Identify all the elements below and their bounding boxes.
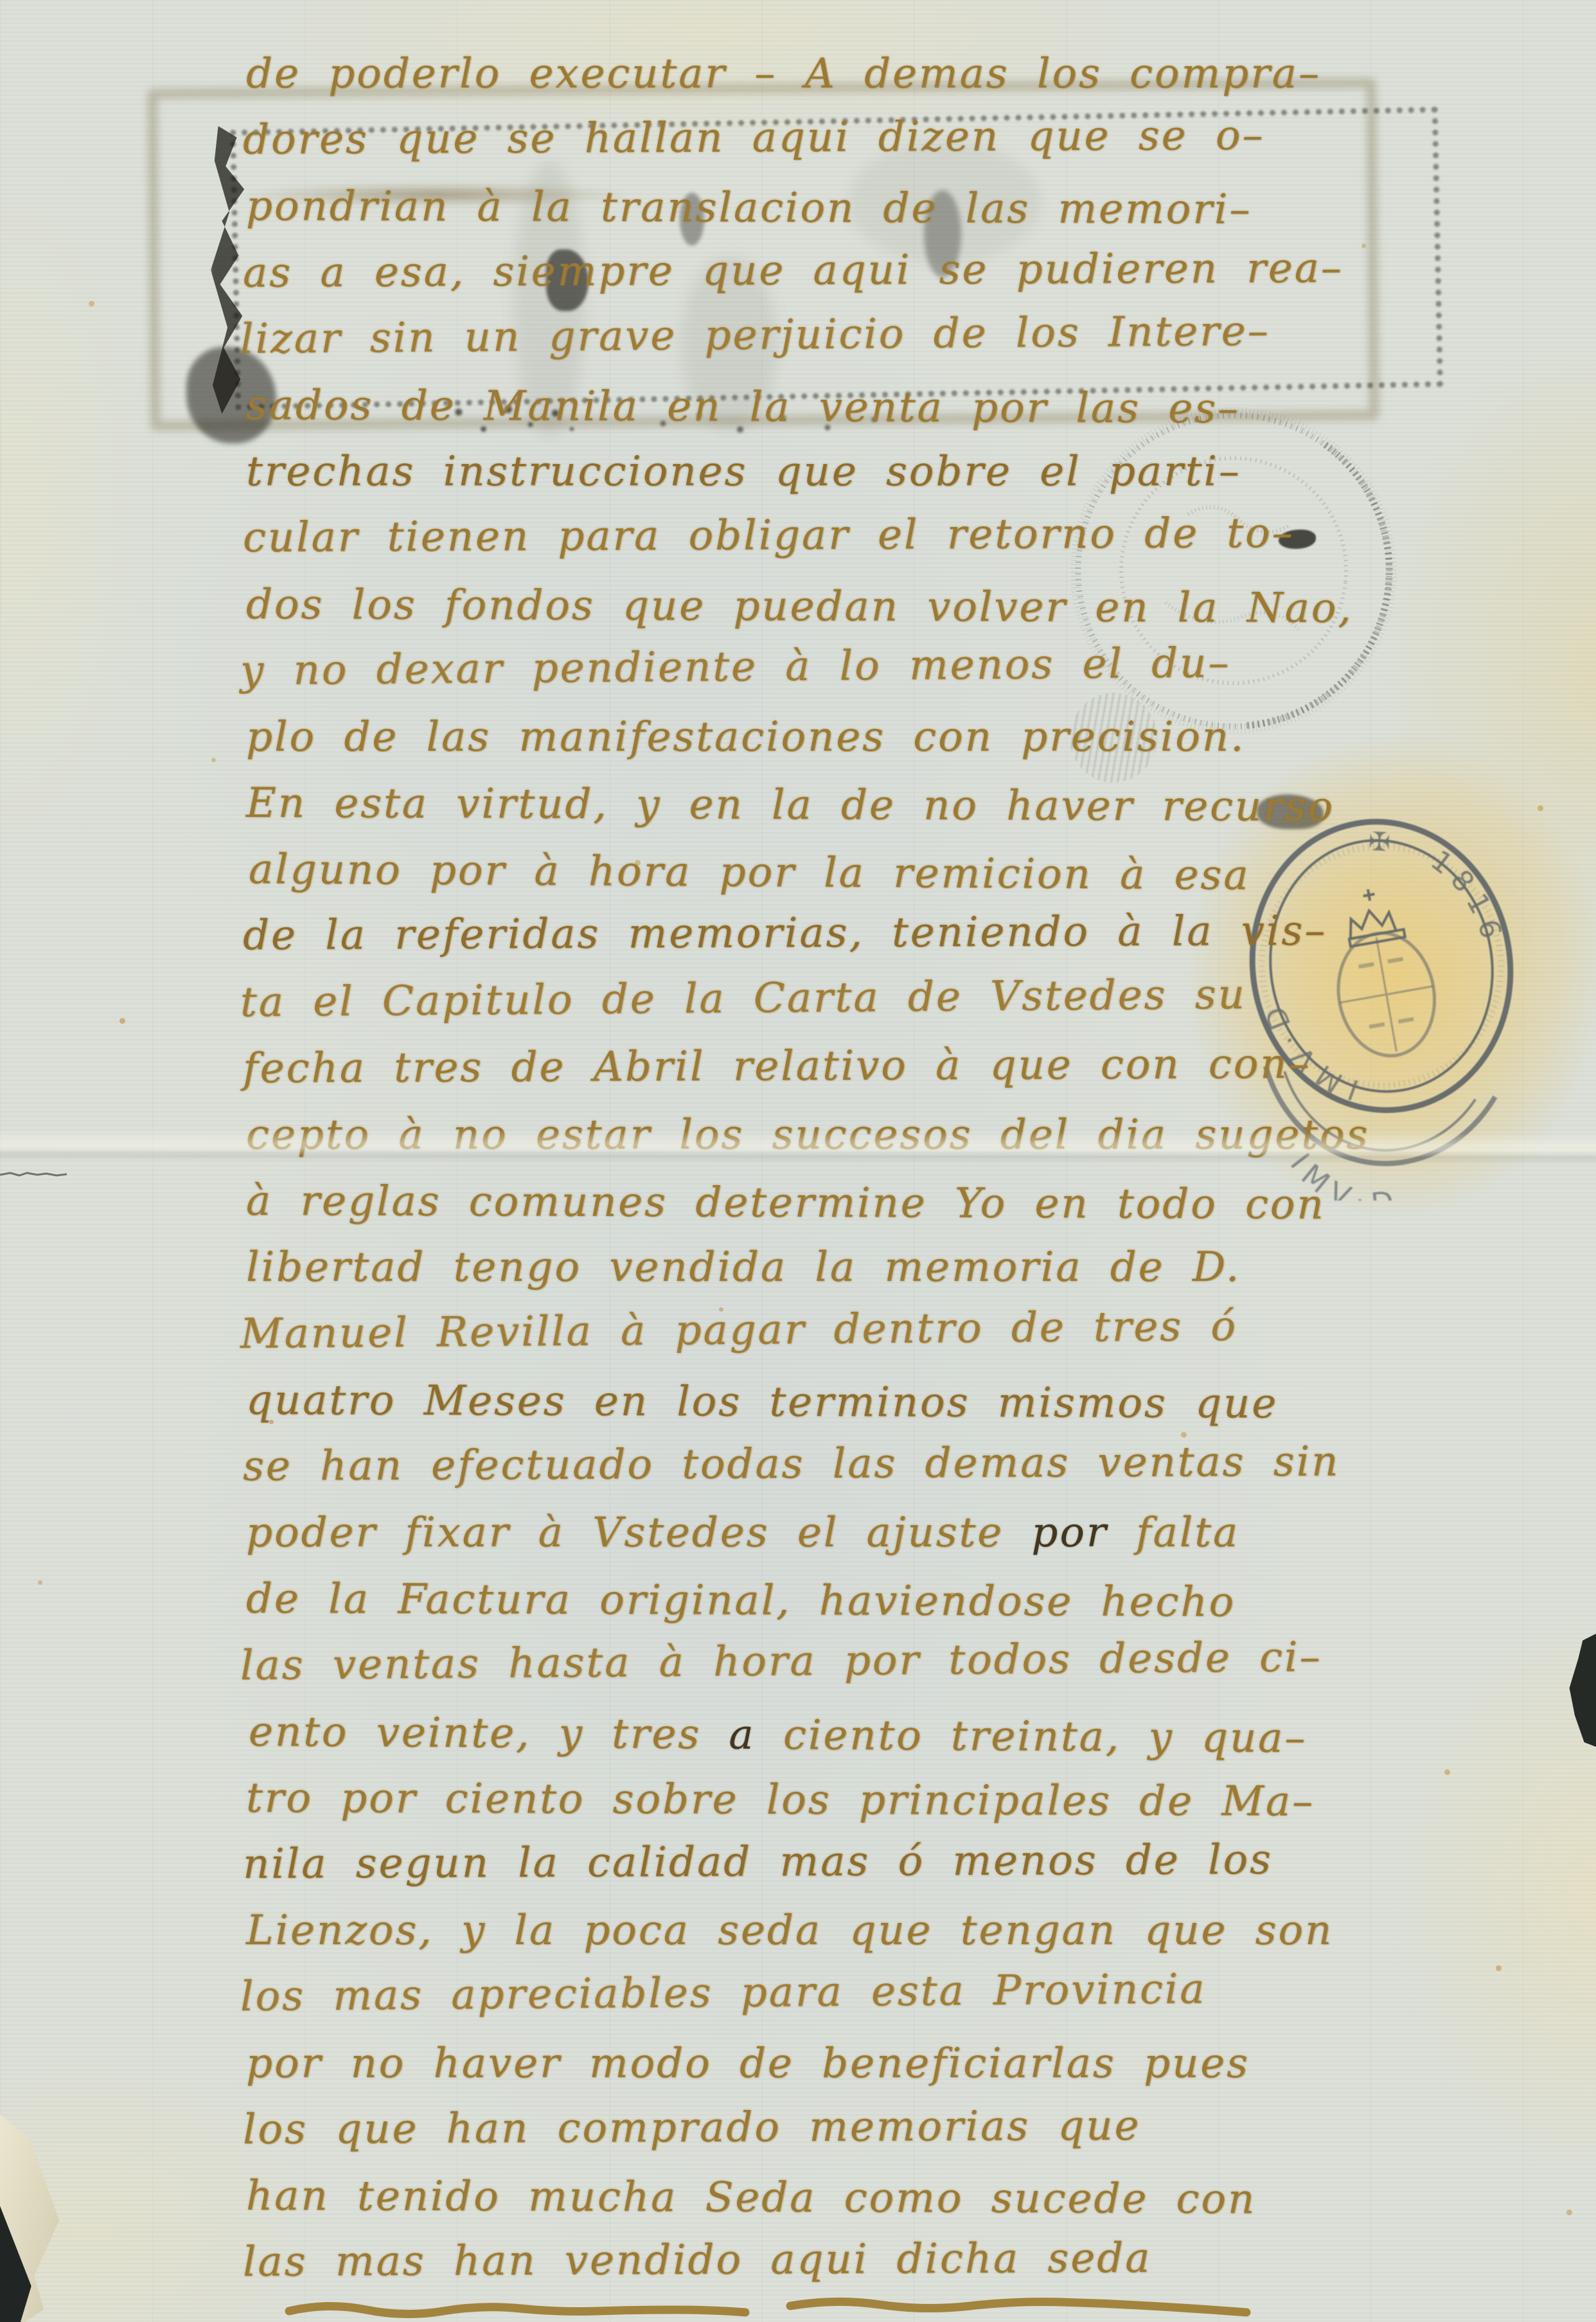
paper-fibre-flecks	[0, 0, 3, 3]
manuscript-line: y no dexar pendiente à lo menos el du–	[240, 629, 1364, 704]
seal-ring-year: 1816	[1421, 836, 1510, 957]
manuscript-line: han tenido mucha Seda como sucede con	[246, 2163, 1370, 2233]
manuscript-line: los que han comprado memorias que	[243, 2092, 1367, 2163]
edge-tear	[0, 1171, 67, 1179]
manuscript-line: se han efectuado todas las demas ventas …	[243, 1429, 1367, 1500]
manuscript-line: lizar sin un grave perjuicio de los Inte…	[240, 298, 1364, 373]
svg-text:1816: 1816	[1421, 836, 1510, 957]
torn-edge-background	[1566, 1634, 1596, 1747]
underline-flourish	[276, 2292, 1317, 2322]
manuscript-text: de poderlo executar – A demas los compra…	[246, 41, 1369, 2296]
manuscript-line: fecha tres de Abril relativo à que con c…	[243, 1031, 1367, 1102]
manuscript-line: plo de las manifestaciones con precision…	[246, 704, 1369, 771]
fold-crease	[0, 1129, 1596, 1165]
manuscript-line: las ventas hasta à hora por todos desde …	[240, 1624, 1364, 1699]
manuscript-line: ta el Capitulo de la Carta de Vstedes su	[240, 961, 1364, 1036]
manuscript-line: En esta virtud, y en la de no haver recu…	[246, 771, 1370, 841]
manuscript-line: sados de Manila en la venta por las es–	[246, 373, 1370, 443]
manuscript-line: de la referidas memorias, teniendo à la …	[243, 898, 1367, 970]
manuscript-line: nila segun la calidad mas ó menos de los	[243, 1826, 1367, 1898]
manuscript-line: pondrian à la translacion de las memori–	[246, 174, 1370, 244]
manuscript-line: de poderlo executar – A demas los compra…	[246, 41, 1369, 107]
manuscript-line: por no haver modo de beneficiarlas pues	[246, 2031, 1369, 2097]
manuscript-line: ento veinte, y tres a ciento treinta, y …	[249, 1699, 1372, 1773]
ink-correction: por	[1032, 1509, 1108, 1557]
manuscript-line: los mas apreciables para esta Provincia	[240, 1956, 1364, 2031]
manuscript-line: trechas instrucciones que sobre el parti…	[246, 439, 1369, 505]
document-page: ✠ 1816 IMV·D IMV·D de poderlo executar –…	[0, 0, 1596, 2322]
manuscript-line: Lienzos, y la poca seda que tengan que s…	[246, 1898, 1369, 1964]
manuscript-line: tro por ciento sobre los principales de …	[246, 1765, 1370, 1835]
manuscript-line: dores que se hallan aqui dizen que se o–	[243, 103, 1367, 174]
manuscript-line: cular tienen para obligar el retorno de …	[243, 501, 1367, 572]
manuscript-line: libertad tengo vendida la memoria de D.	[246, 1235, 1369, 1301]
manuscript-line: poder fixar à Vstedes el ajuste por falt…	[246, 1500, 1369, 1566]
manuscript-line: quatro Meses en los terminos mismos que	[246, 1368, 1370, 1438]
manuscript-line: Manuel Revilla à pagar dentro de tres ó	[240, 1292, 1364, 1368]
ink-correction: a	[729, 1711, 756, 1758]
manuscript-line: as a esa, siempre que aqui se pudieren r…	[243, 235, 1367, 307]
manuscript-line: las mas han vendido aqui dicha seda	[243, 2225, 1367, 2296]
manuscript-line: à reglas comunes determine Yo en todo co…	[246, 1168, 1370, 1238]
